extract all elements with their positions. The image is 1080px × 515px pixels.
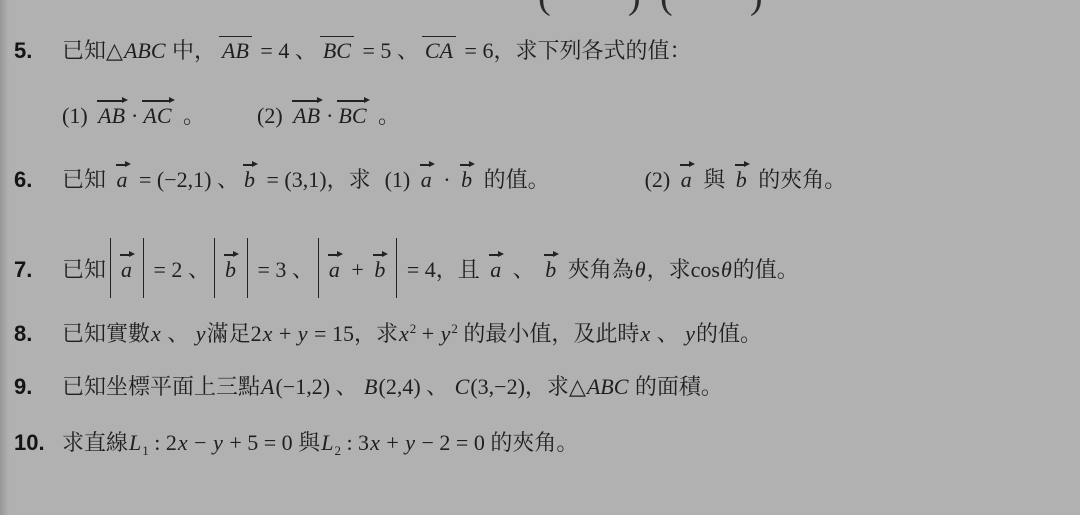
math-roman: = 4 (255, 38, 295, 63)
math-roman: (2,4) (379, 374, 421, 399)
worksheet-page: ( ) ( ) 5. 已知△ABC 中，AB = 4 、BC = 5 、CA =… (0, 0, 1080, 515)
problem-9-number: 9. (14, 372, 62, 402)
cjk-text: 已知實數 (62, 321, 150, 346)
problem-5-row: 5. 已知△ABC 中，AB = 4 、BC = 5 、CA = 6，求下列各式… (14, 36, 691, 66)
cjk-text: 的值。 (478, 167, 550, 192)
vector-arrow-symbol: AB (291, 96, 323, 127)
math-roman: + (273, 321, 296, 346)
math-italic: A (260, 374, 275, 399)
math-roman: cos (691, 257, 720, 282)
cjk-text: ，求 (354, 321, 398, 346)
problem-9-row: 9. 已知坐標平面上三點A(−1,2) 、 B(2,4) 、 C(3,−2)，求… (14, 372, 723, 402)
math-roman: (1) (62, 103, 93, 128)
vector-arrow-symbol: a (119, 250, 135, 281)
cjk-text: 、 (162, 321, 195, 346)
math-roman: − (189, 430, 212, 455)
math-italic: ABC (123, 38, 167, 63)
math-roman: + (416, 321, 439, 346)
math-roman: (2) (257, 103, 288, 128)
vector-arrow-symbol: BC (336, 96, 369, 127)
paren-glyph: ( (538, 0, 551, 18)
vector-arrow-symbol: AC (141, 96, 174, 127)
paren-glyph: ) (750, 0, 763, 18)
math-roman: + 5 = 0 (224, 430, 298, 455)
problem-10-text: 求直線L1 : 2x − y + 5 = 0 與L2 : 3x + y − 2 … (62, 428, 578, 466)
math-italic: y (684, 321, 696, 346)
segment-overline-symbol: BC (320, 36, 354, 63)
segment-overline-symbol: CA (422, 36, 456, 63)
math-italic: x (150, 321, 162, 346)
math-roman: = 3 (252, 257, 292, 282)
problem-7-number: 7. (14, 255, 62, 285)
vector-arrow-symbol: a (679, 160, 695, 191)
cjk-text: 的夾角。 (490, 430, 578, 455)
problem-8-text: 已知實數x 、 y滿足2x + y = 15，求x2 + y2 的最小值，及此時… (62, 314, 762, 349)
math-italic: x (177, 430, 189, 455)
math-italic: B (363, 374, 378, 399)
math-roman: (3,−2) (470, 374, 525, 399)
problem-7-text: 已知a = 2 、b = 3 、a + b = 4，且 a 、 b 夾角為θ，求… (62, 238, 799, 298)
vector-arrow-symbol: b (459, 160, 475, 191)
cjk-text: 、 (188, 257, 210, 282)
math-italic: x (262, 321, 274, 346)
page-left-edge-shadow (0, 0, 9, 515)
problem-10-row: 10. 求直線L1 : 2x − y + 5 = 0 與L2 : 3x + y … (14, 428, 578, 466)
problem-5-parts-text: (1) AB·AC 。(2) AB·BC 。 (62, 96, 400, 131)
math-roman: (1) (385, 167, 416, 192)
cjk-text: 中， (167, 38, 217, 63)
math-roman: · (438, 167, 456, 192)
vector-arrow-symbol: b (543, 250, 559, 281)
math-roman: = (−2,1) (134, 167, 217, 192)
cjk-text: 的值。 (733, 257, 799, 282)
cjk-text: 、 (330, 374, 363, 399)
math-roman: 2 (251, 321, 262, 346)
cjk-text: 的最小值，及此時 (458, 321, 640, 346)
problem-6-row: 6. 已知 a = (−2,1) 、b = (3,1)，求(1) a · b 的… (14, 160, 846, 195)
problem-7-row: 7. 已知a = 2 、b = 3 、a + b = 4，且 a 、 b 夾角為… (14, 238, 799, 298)
math-roman: = 2 (148, 257, 188, 282)
cjk-text: 的面積。 (629, 374, 723, 399)
math-roman: + (381, 430, 404, 455)
math-roman: · (131, 103, 138, 128)
absolute-value-group: a (110, 238, 144, 298)
vector-arrow-symbol: a (327, 250, 343, 281)
problem-10-number: 10. (14, 428, 62, 458)
segment-overline-symbol: AB (219, 36, 252, 63)
cjk-text: 已知 (62, 38, 106, 63)
math-roman: △ (106, 38, 123, 63)
problem-8-row: 8. 已知實數x 、 y滿足2x + y = 15，求x2 + y2 的最小值，… (14, 314, 762, 349)
math-roman: △ (569, 374, 586, 399)
cjk-text: 、 (295, 38, 317, 63)
math-roman: = 4 (401, 257, 435, 282)
vector-arrow-symbol: AB (96, 96, 128, 127)
math-roman: (2) (645, 167, 676, 192)
math-italic: x (639, 321, 651, 346)
problem-5-text: 已知△ABC 中，AB = 4 、BC = 5 、CA = 6，求下列各式的值： (62, 36, 691, 66)
cjk-text: 的值。 (696, 321, 762, 346)
vector-arrow-symbol: b (734, 160, 750, 191)
math-roman: = (3,1) (261, 167, 327, 192)
cjk-text: 、 (217, 167, 239, 192)
problem-8-number: 8. (14, 319, 62, 349)
paren-glyph: ( (660, 0, 673, 18)
math-italic: θ (634, 257, 647, 282)
vector-arrow-symbol: a (488, 250, 504, 281)
paren-glyph: ) (628, 0, 641, 18)
math-roman: : 2 (149, 430, 177, 455)
cjk-text: 已知 (62, 257, 106, 282)
problem-6-number: 6. (14, 165, 62, 195)
math-italic: y (404, 430, 416, 455)
cjk-text: 的夾角。 (753, 167, 847, 192)
cjk-text: 、 (397, 38, 419, 63)
vector-arrow-symbol: b (372, 250, 388, 281)
cjk-text: 。 (373, 103, 401, 128)
math-italic: y (212, 430, 224, 455)
cjk-text: 滿足 (207, 321, 251, 346)
problem-5-parts-row: (1) AB·AC 。(2) AB·BC 。 (62, 96, 400, 131)
math-italic: x (398, 321, 410, 346)
problem-6-text: 已知 a = (−2,1) 、b = (3,1)，求(1) a · b 的值。(… (62, 160, 846, 195)
math-roman: = 6 (459, 38, 493, 63)
cjk-text: 、 (507, 257, 540, 282)
absolute-value-group: b (214, 238, 248, 298)
math-italic: ABC (586, 374, 630, 399)
vector-arrow-symbol: b (242, 160, 258, 191)
math-roman: + (346, 257, 369, 282)
cjk-text: ，求 (647, 257, 691, 282)
math-roman: · (326, 103, 333, 128)
problem-5-number: 5. (14, 36, 62, 66)
cjk-text: 與 (298, 430, 320, 455)
problem-9-text: 已知坐標平面上三點A(−1,2) 、 B(2,4) 、 C(3,−2)，求△AB… (62, 372, 723, 402)
cjk-text: 已知坐標平面上三點 (62, 374, 260, 399)
cjk-text: 、 (651, 321, 684, 346)
math-roman: (−1,2) (275, 374, 330, 399)
math-italic: y (297, 321, 309, 346)
cjk-text: 夾角為 (562, 257, 634, 282)
cjk-text: ，且 (436, 257, 486, 282)
math-italic: θ (720, 257, 733, 282)
cjk-text: 。 (178, 103, 206, 128)
cjk-text: 與 (698, 167, 731, 192)
math-italic: y (440, 321, 452, 346)
cjk-text: 求直線 (62, 430, 128, 455)
math-roman: = 5 (357, 38, 397, 63)
math-italic: L (320, 430, 334, 455)
vector-arrow-symbol: a (115, 160, 131, 191)
cjk-text: 、 (421, 374, 454, 399)
math-roman: : 3 (341, 430, 369, 455)
cjk-text: 已知 (62, 167, 112, 192)
vector-arrow-symbol: a (419, 160, 435, 191)
cjk-text: ，求下列各式的值： (493, 38, 691, 63)
math-italic: C (454, 374, 471, 399)
cjk-text: ，求 (327, 167, 371, 192)
math-roman: = 15 (309, 321, 354, 346)
math-roman: − 2 = 0 (416, 430, 490, 455)
math-italic: y (195, 321, 207, 346)
math-italic: x (369, 430, 381, 455)
cjk-text: 、 (292, 257, 314, 282)
absolute-value-group: a + b (318, 238, 397, 298)
cjk-text: ，求 (525, 374, 569, 399)
math-italic: L (128, 430, 142, 455)
vector-arrow-symbol: b (223, 250, 239, 281)
